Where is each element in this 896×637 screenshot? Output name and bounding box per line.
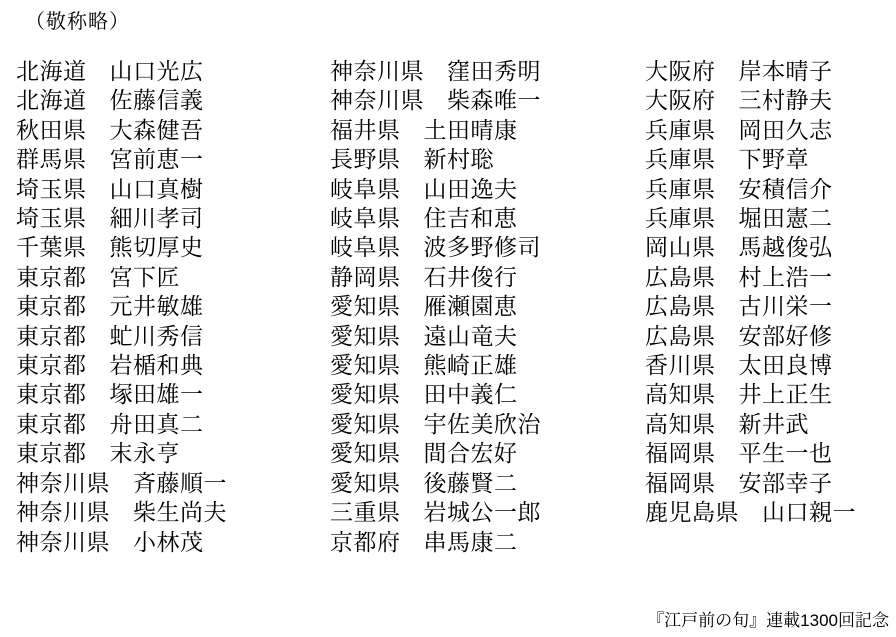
prefecture-label: 兵庫県 <box>645 205 716 231</box>
prefecture-label: 広島県 <box>645 293 716 319</box>
prefecture-label: 愛知県 <box>330 323 401 349</box>
list-item: 愛知県宇佐美欣治 <box>330 410 645 439</box>
prefecture-label: 千葉県 <box>16 234 87 260</box>
honorifics-note: （敬称略） <box>25 8 130 36</box>
list-item: 神奈川県柴森唯一 <box>330 86 645 115</box>
person-name: 宇佐美欣治 <box>424 411 542 437</box>
list-item: 神奈川県小林茂 <box>16 528 330 557</box>
prefecture-label: 東京都 <box>16 323 87 349</box>
person-name: 柴森唯一 <box>447 87 541 113</box>
list-item: 愛知県雁瀬園恵 <box>330 292 645 321</box>
list-item: 愛知県熊崎正雄 <box>330 351 645 380</box>
person-name: 安部好修 <box>739 323 833 349</box>
prefecture-label: 長野県 <box>330 146 401 172</box>
person-name: 斉藤順一 <box>133 470 227 496</box>
person-name: 三村静夫 <box>739 87 833 113</box>
prefecture-label: 高知県 <box>645 411 716 437</box>
prefecture-label: 岡山県 <box>645 234 716 260</box>
person-name: 馬越俊弘 <box>739 234 833 260</box>
person-name: 石井俊行 <box>424 264 518 290</box>
list-item: 秋田県大森健吾 <box>16 116 330 145</box>
prefecture-label: 北海道 <box>16 58 87 84</box>
list-item: 愛知県田中義仁 <box>330 380 645 409</box>
person-name: 末永亨 <box>110 440 181 466</box>
prefecture-label: 埼玉県 <box>16 176 87 202</box>
person-name: 柴生尚夫 <box>133 499 227 525</box>
prefecture-label: 愛知県 <box>330 381 401 407</box>
prefecture-label: 秋田県 <box>16 117 87 143</box>
prefecture-label: 京都府 <box>330 529 401 555</box>
person-name: 山口親一 <box>762 499 856 525</box>
list-item: 鹿児島県山口親一 <box>645 498 896 527</box>
person-name: 間合宏好 <box>424 440 518 466</box>
prefecture-label: 鹿児島県 <box>645 499 739 525</box>
person-name: 熊崎正雄 <box>424 352 518 378</box>
list-item: 神奈川県斉藤順一 <box>16 469 330 498</box>
prefecture-label: 東京都 <box>16 411 87 437</box>
person-name: 大森健吾 <box>110 117 204 143</box>
list-item: 埼玉県細川孝司 <box>16 204 330 233</box>
person-name: 遠山竜夫 <box>424 323 518 349</box>
prefecture-label: 広島県 <box>645 264 716 290</box>
prefecture-label: 福岡県 <box>645 440 716 466</box>
list-item: 福岡県平生一也 <box>645 439 896 468</box>
prefecture-label: 神奈川県 <box>330 87 424 113</box>
prefecture-label: 神奈川県 <box>16 529 110 555</box>
prefecture-label: 岐阜県 <box>330 205 401 231</box>
list-item: 高知県井上正生 <box>645 380 896 409</box>
list-item: 岐阜県波多野修司 <box>330 233 645 262</box>
list-item: 兵庫県下野章 <box>645 145 896 174</box>
prefecture-label: 東京都 <box>16 381 87 407</box>
person-name: 虻川秀信 <box>110 323 204 349</box>
prefecture-label: 神奈川県 <box>16 499 110 525</box>
prefecture-label: 愛知県 <box>330 440 401 466</box>
person-name: 井上正生 <box>739 381 833 407</box>
list-item: 岐阜県山田逸夫 <box>330 175 645 204</box>
prefecture-label: 高知県 <box>645 381 716 407</box>
name-list: 北海道山口光広北海道佐藤信義秋田県大森健吾群馬県宮前恵一埼玉県山口真樹埼玉県細川… <box>0 57 896 557</box>
prefecture-label: 岐阜県 <box>330 234 401 260</box>
prefecture-label: 福岡県 <box>645 470 716 496</box>
person-name: 太田良博 <box>739 352 833 378</box>
person-name: 塚田雄一 <box>110 381 204 407</box>
list-item: 北海道山口光広 <box>16 57 330 86</box>
person-name: 山口真樹 <box>110 176 204 202</box>
list-item: 香川県太田良博 <box>645 351 896 380</box>
person-name: 佐藤信義 <box>110 87 204 113</box>
prefecture-label: 大阪府 <box>645 58 716 84</box>
list-item: 広島県村上浩一 <box>645 263 896 292</box>
person-name: 舟田真二 <box>110 411 204 437</box>
person-name: 古川栄一 <box>739 293 833 319</box>
list-item: 三重県岩城公一郎 <box>330 498 645 527</box>
person-name: 串馬康二 <box>424 529 518 555</box>
prefecture-label: 神奈川県 <box>16 470 110 496</box>
prefecture-label: 愛知県 <box>330 293 401 319</box>
person-name: 安部幸子 <box>739 470 833 496</box>
person-name: 安積信介 <box>739 176 833 202</box>
prefecture-label: 福井県 <box>330 117 401 143</box>
prefecture-label: 東京都 <box>16 293 87 319</box>
list-item: 福井県土田晴康 <box>330 116 645 145</box>
list-item: 大阪府岸本晴子 <box>645 57 896 86</box>
list-item: 京都府串馬康二 <box>330 528 645 557</box>
list-item: 兵庫県堀田憲二 <box>645 204 896 233</box>
person-name: 岸本晴子 <box>739 58 833 84</box>
list-item: 大阪府三村静夫 <box>645 86 896 115</box>
prefecture-label: 兵庫県 <box>645 117 716 143</box>
person-name: 熊切厚史 <box>110 234 204 260</box>
person-name: 岡田久志 <box>739 117 833 143</box>
list-item: 岡山県馬越俊弘 <box>645 233 896 262</box>
list-item: 愛知県間合宏好 <box>330 439 645 468</box>
prefecture-label: 埼玉県 <box>16 205 87 231</box>
person-name: 後藤賢二 <box>424 470 518 496</box>
list-item: 北海道佐藤信義 <box>16 86 330 115</box>
list-item: 神奈川県窪田秀明 <box>330 57 645 86</box>
list-item: 高知県新井武 <box>645 410 896 439</box>
person-name: 村上浩一 <box>739 264 833 290</box>
prefecture-label: 岐阜県 <box>330 176 401 202</box>
prefecture-label: 神奈川県 <box>330 58 424 84</box>
list-item: 東京都舟田真二 <box>16 410 330 439</box>
name-column-1: 北海道山口光広北海道佐藤信義秋田県大森健吾群馬県宮前恵一埼玉県山口真樹埼玉県細川… <box>0 57 330 557</box>
credits-page: （敬称略） 北海道山口光広北海道佐藤信義秋田県大森健吾群馬県宮前恵一埼玉県山口真… <box>0 0 896 637</box>
list-item: 東京都塚田雄一 <box>16 380 330 409</box>
person-name: 新村聡 <box>424 146 495 172</box>
prefecture-label: 愛知県 <box>330 411 401 437</box>
name-column-2: 神奈川県窪田秀明神奈川県柴森唯一福井県土田晴康長野県新村聡岐阜県山田逸夫岐阜県住… <box>330 57 645 557</box>
list-item: 愛知県遠山竜夫 <box>330 322 645 351</box>
prefecture-label: 東京都 <box>16 264 87 290</box>
person-name: 堀田憲二 <box>739 205 833 231</box>
list-item: 兵庫県岡田久志 <box>645 116 896 145</box>
person-name: 宮前恵一 <box>110 146 204 172</box>
prefecture-label: 香川県 <box>645 352 716 378</box>
person-name: 土田晴康 <box>424 117 518 143</box>
list-item: 東京都虻川秀信 <box>16 322 330 351</box>
list-item: 長野県新村聡 <box>330 145 645 174</box>
list-item: 千葉県熊切厚史 <box>16 233 330 262</box>
person-name: 新井武 <box>739 411 810 437</box>
prefecture-label: 群馬県 <box>16 146 87 172</box>
person-name: 岩城公一郎 <box>424 499 542 525</box>
prefecture-label: 東京都 <box>16 440 87 466</box>
list-item: 広島県古川栄一 <box>645 292 896 321</box>
person-name: 岩楯和典 <box>110 352 204 378</box>
person-name: 雁瀬園恵 <box>424 293 518 319</box>
person-name: 住吉和恵 <box>424 205 518 231</box>
list-item: 東京都岩楯和典 <box>16 351 330 380</box>
list-item: 愛知県後藤賢二 <box>330 469 645 498</box>
person-name: 山口光広 <box>110 58 204 84</box>
prefecture-label: 兵庫県 <box>645 176 716 202</box>
prefecture-label: 三重県 <box>330 499 401 525</box>
list-item: 福岡県安部幸子 <box>645 469 896 498</box>
prefecture-label: 愛知県 <box>330 470 401 496</box>
list-item: 岐阜県住吉和恵 <box>330 204 645 233</box>
commemoration-footer: 『江戸前の旬』連載1300回記念 <box>647 609 889 633</box>
prefecture-label: 静岡県 <box>330 264 401 290</box>
person-name: 窪田秀明 <box>447 58 541 84</box>
name-column-3: 大阪府岸本晴子大阪府三村静夫兵庫県岡田久志兵庫県下野章兵庫県安積信介兵庫県堀田憲… <box>645 57 896 557</box>
list-item: 東京都末永亨 <box>16 439 330 468</box>
prefecture-label: 大阪府 <box>645 87 716 113</box>
list-item: 神奈川県柴生尚夫 <box>16 498 330 527</box>
prefecture-label: 東京都 <box>16 352 87 378</box>
list-item: 東京都宮下匠 <box>16 263 330 292</box>
person-name: 宮下匠 <box>110 264 181 290</box>
list-item: 静岡県石井俊行 <box>330 263 645 292</box>
person-name: 田中義仁 <box>424 381 518 407</box>
person-name: 細川孝司 <box>110 205 204 231</box>
list-item: 兵庫県安積信介 <box>645 175 896 204</box>
list-item: 東京都元井敏雄 <box>16 292 330 321</box>
list-item: 広島県安部好修 <box>645 322 896 351</box>
person-name: 平生一也 <box>739 440 833 466</box>
prefecture-label: 北海道 <box>16 87 87 113</box>
person-name: 小林茂 <box>133 529 204 555</box>
prefecture-label: 愛知県 <box>330 352 401 378</box>
person-name: 波多野修司 <box>424 234 542 260</box>
person-name: 山田逸夫 <box>424 176 518 202</box>
prefecture-label: 兵庫県 <box>645 146 716 172</box>
person-name: 元井敏雄 <box>110 293 204 319</box>
list-item: 群馬県宮前恵一 <box>16 145 330 174</box>
list-item: 埼玉県山口真樹 <box>16 175 330 204</box>
person-name: 下野章 <box>739 146 810 172</box>
prefecture-label: 広島県 <box>645 323 716 349</box>
